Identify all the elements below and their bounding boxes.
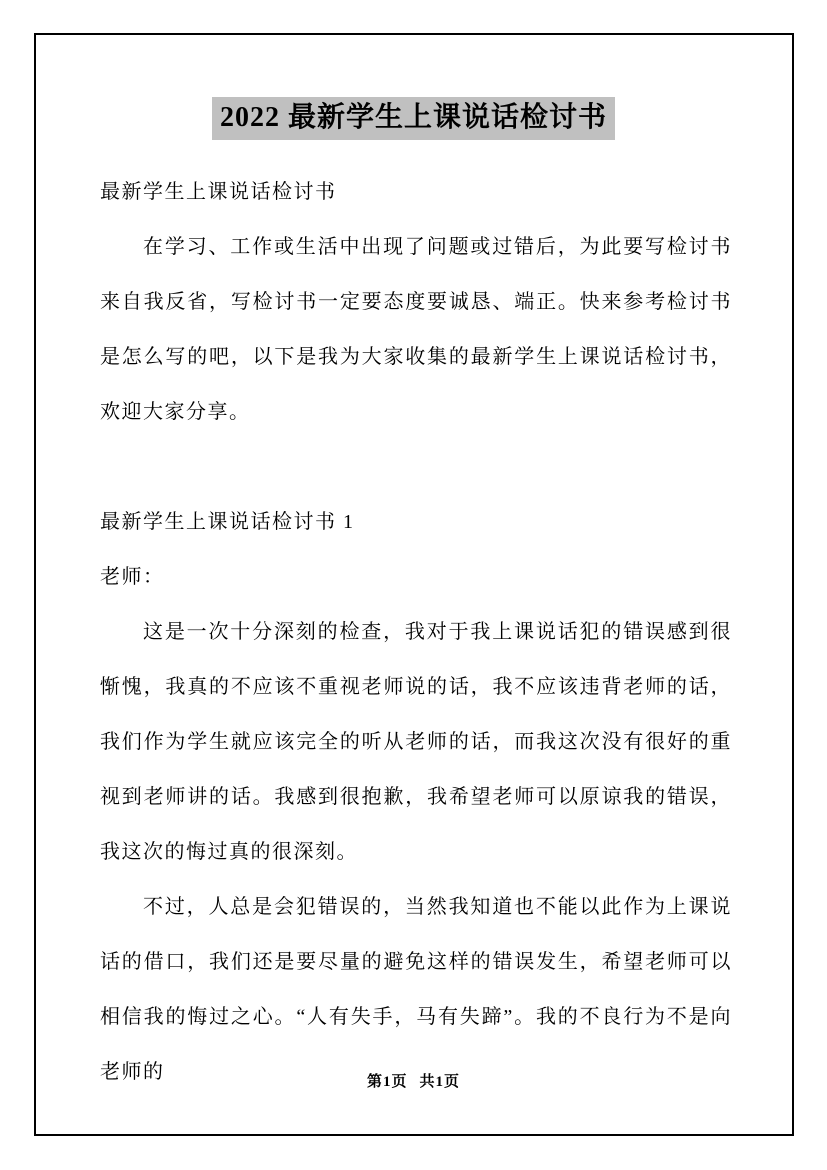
- body-paragraph-2: 不过，人总是会犯错误的，当然我知道也不能以此作为上课说话的借口，我们还是要尽量的…: [100, 880, 732, 1100]
- document-page: { "document": { "title": "2022 最新学生上课说话检…: [0, 0, 827, 1170]
- footer-page-number: 第1页: [367, 1074, 408, 1090]
- document-body: 最新学生上课说话检讨书 在学习、工作或生活中出现了问题或过错后，为此要写检讨书来…: [100, 165, 732, 1100]
- footer-total-pages: 共1页: [420, 1074, 461, 1090]
- page-footer: 第1页共1页: [0, 1071, 827, 1093]
- section-heading: 最新学生上课说话检讨书 1: [100, 495, 732, 550]
- document-title: 2022 最新学生上课说话检讨书: [212, 97, 615, 140]
- intro-paragraph: 在学习、工作或生活中出现了问题或过错后，为此要写检讨书来自我反省，写检讨书一定要…: [100, 220, 732, 440]
- document-subtitle: 最新学生上课说话检讨书: [100, 165, 732, 220]
- document-title-row: 2022 最新学生上课说话检讨书: [0, 97, 827, 140]
- salutation: 老师：: [100, 550, 732, 605]
- body-paragraph-1: 这是一次十分深刻的检查，我对于我上课说话犯的错误感到很惭愧，我真的不应该不重视老…: [100, 605, 732, 880]
